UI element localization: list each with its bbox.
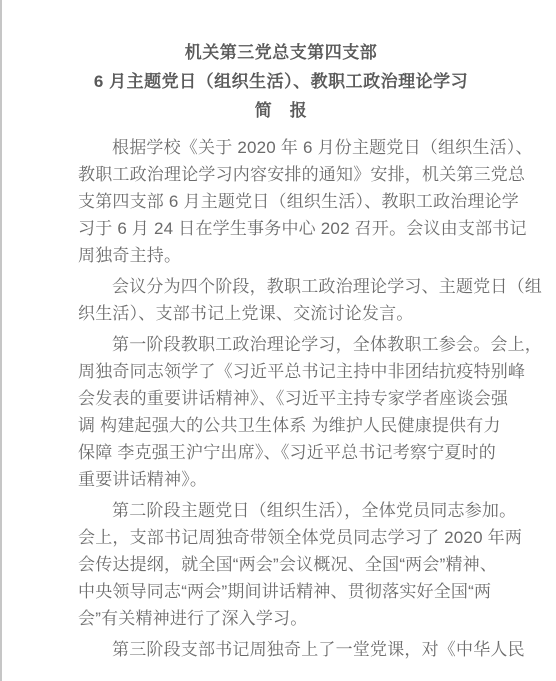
paragraph-line: 会上，支部书记周独奇带领全体党员同志学习了 2020 年两 [78,524,484,551]
paragraph-line: 支第四支部 6 月主题党日（组织生活）、教职工政治理论学 [78,188,484,215]
paragraph-line: 第二阶段主题党日（组织生活），全体党员同志参加。 [78,497,484,524]
body-paragraph: 第三阶段支部书记周独奇上了一堂党课，对《中华人民 [78,636,484,663]
paragraph-line: 习于 6 月 24 日在学生事务中心 202 召开。会议由支部书记 [78,215,484,242]
paragraph-line: 调 构建起强大的公共卫生体系 为维护人民健康提供有力 [78,412,484,439]
report-body: 根据学校《关于 2020 年 6 月份主题党日（组织生活）、教职工政治理论学习内… [78,134,484,663]
paragraph-line: 会议分为四个阶段，教职工政治理论学习、主题党日（组 [78,273,484,300]
document-page: 机关第三党总支第四支部6 月主题党日（组织生活）、教职工政治理论学习简 报 根据… [0,0,556,681]
paragraph-line: 根据学校《关于 2020 年 6 月份主题党日（组织生活）、 [78,134,484,161]
paragraph-line: 周独奇主持。 [78,242,484,269]
paragraph-line: 会发表的重要讲话精神》、《习近平主持专家学者座谈会强 [78,385,484,412]
paragraph-line: 重要讲话精神》。 [78,466,484,493]
body-paragraph: 第一阶段教职工政治理论学习，全体教职工参会。会上，周独奇同志领学了《习近平总书记… [78,331,484,493]
report-title: 机关第三党总支第四支部6 月主题党日（组织生活）、教职工政治理论学习简 报 [78,38,484,125]
paragraph-line: 周独奇同志领学了《习近平总书记主持中非团结抗疫特别峰 [78,358,484,385]
report-title-line: 机关第三党总支第四支部 [78,38,484,67]
paragraph-line: 第一阶段教职工政治理论学习，全体教职工参会。会上， [78,331,484,358]
report-title-line: 简 报 [78,96,484,125]
paragraph-line: 会传达提纲，就全国“两会”会议概况、全国“两会”精神、 [78,551,484,578]
paragraph-line: 中央领导同志“两会”期间讲话精神、贯彻落实好全国“两 [78,578,484,605]
body-paragraph: 根据学校《关于 2020 年 6 月份主题党日（组织生活）、教职工政治理论学习内… [78,134,484,269]
body-paragraph: 会议分为四个阶段，教职工政治理论学习、主题党日（组织生活）、支部书记上党课、交流… [78,273,484,327]
paragraph-line: 教职工政治理论学习内容安排的通知》安排，机关第三党总 [78,161,484,188]
paragraph-line: 第三阶段支部书记周独奇上了一堂党课，对《中华人民 [78,636,484,663]
body-paragraph: 第二阶段主题党日（组织生活），全体党员同志参加。会上，支部书记周独奇带领全体党员… [78,497,484,632]
page-content: 机关第三党总支第四支部6 月主题党日（组织生活）、教职工政治理论学习简 报 根据… [78,38,484,667]
report-title-line: 6 月主题党日（组织生活）、教职工政治理论学习 [78,67,484,96]
paragraph-line: 保障 李克强王沪宁出席》、《习近平总书记考察宁夏时的 [78,439,484,466]
paragraph-line: 织生活）、支部书记上党课、交流讨论发言。 [78,300,484,327]
paragraph-line: 会”有关精神进行了深入学习。 [78,605,484,632]
page-left-border [0,0,2,681]
